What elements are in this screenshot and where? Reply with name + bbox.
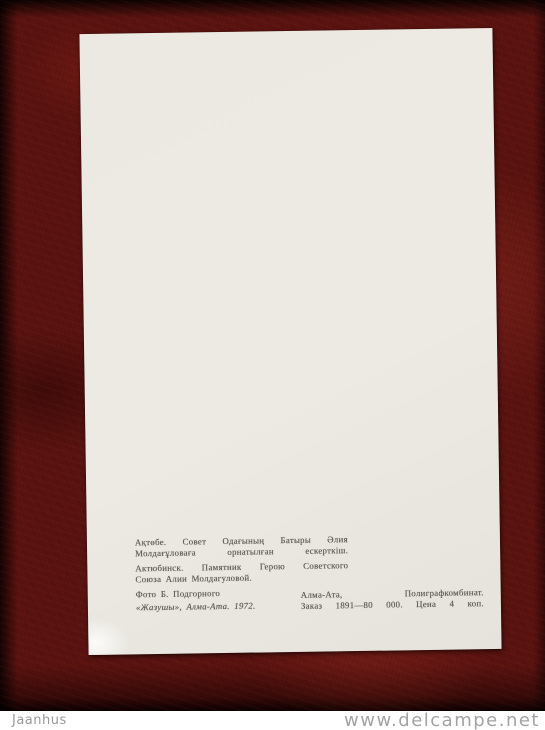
caption-kazakh-line2: Молдағұловаға орнатылған ескерткіш. bbox=[135, 545, 348, 559]
site-watermark: www.delcampe.net bbox=[344, 711, 545, 730]
photo-scene: Ақтөбе. Совет Одағының Батыры Әлия Молда… bbox=[0, 0, 545, 730]
caption-russian-line2: Союза Алии Молдагуловой. bbox=[135, 571, 348, 585]
seller-watermark: Jaanhus bbox=[0, 711, 67, 730]
printing-info-line2: Заказ 1891—80 000. Цена 4 коп. bbox=[301, 598, 484, 612]
printing-info-block: Алма-Ата, Полиграфкомбинат. Заказ 1891—8… bbox=[301, 587, 484, 612]
postcard-back: Ақтөбе. Совет Одағының Батыры Әлия Молда… bbox=[79, 28, 501, 655]
watermark-bar: Jaanhus www.delcampe.net bbox=[0, 711, 545, 730]
